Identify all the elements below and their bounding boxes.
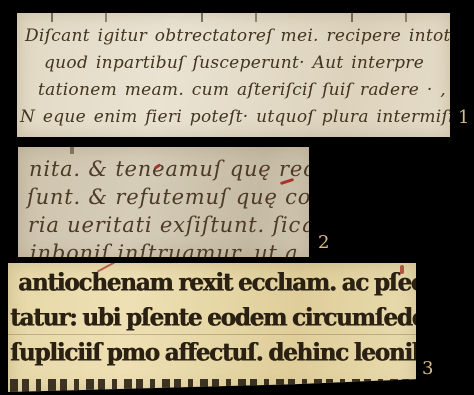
cropped-descenders (18, 147, 309, 154)
manuscript-line: Diſcant igitur obtrectatoreſ mei. recipe… (25, 26, 450, 46)
manuscript-line: N eque enim fieri poteſt· utquoſ plura i… (20, 107, 450, 127)
manuscript-line: antiochenam rexit ecclıam. ac pſecutione (18, 268, 416, 297)
manuscript-line: quod inpartibuſ ſusceperunt· Aut interpr… (44, 53, 424, 73)
manuscript-line: ſunt. & refutemuſ quę cont̃ (27, 185, 309, 209)
fragment-label-3: 3 (422, 360, 433, 378)
cropped-descenders (17, 13, 450, 22)
cropped-letter-tops (10, 379, 416, 392)
fragment-label-2: 2 (318, 234, 329, 252)
manuscript-fragment-1: Diſcant igitur obtrectatoreſ mei. recipe… (17, 13, 450, 137)
manuscript-line: inboniſ inſtruamur. ut a (30, 241, 298, 257)
manuscript-line: tationem meam. cum aſteriſciſ ſuiſ rader… (38, 80, 446, 100)
manuscript-figure: Diſcant igitur obtrectatoreſ mei. recipe… (0, 0, 474, 395)
fragment-label-1: 1 (458, 109, 469, 127)
manuscript-line: nita. & teneamuſ quę recta (29, 157, 309, 181)
ruling-line (8, 334, 416, 335)
rubrication-mark (400, 265, 404, 274)
manuscript-line: tatur: ubi pſente eodem circumſederent ſ… (10, 303, 416, 332)
manuscript-line: ſupliciiſ pmo affectuſ. dehinc leonibz o (10, 338, 416, 367)
manuscript-fragment-2: nita. & teneamuſ quę recta ſunt. & refut… (18, 147, 309, 257)
manuscript-fragment-3: antiochenam rexit ecclıam. ac pſecutione… (8, 263, 416, 392)
manuscript-line: ria ueritati exſiſtunt. ſicq; (28, 213, 309, 237)
